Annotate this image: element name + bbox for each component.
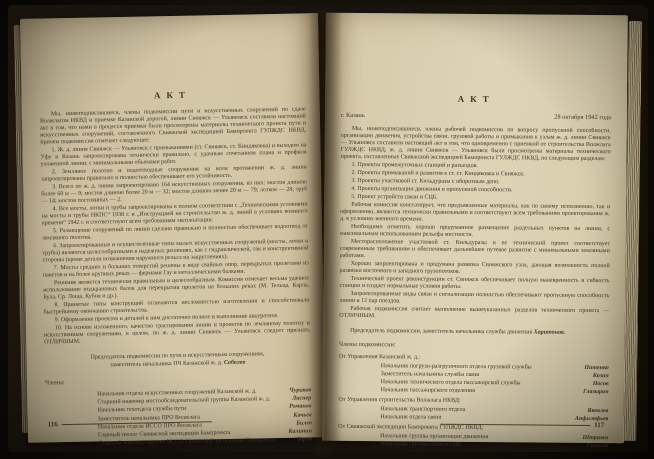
- place-date-row: г. Казань 28 октября 1942 года: [341, 112, 611, 121]
- member-name: Питенко: [584, 363, 608, 371]
- member-name: Носов: [593, 380, 609, 388]
- member-name: Глазырин: [583, 388, 609, 396]
- chairman-name: Соболев: [224, 360, 245, 366]
- member-name: Билев: [296, 419, 312, 428]
- chairman-signature-block: Председатель подкомиссии, заместитель на…: [339, 327, 609, 337]
- right-page: АКТ г. Казань 28 октября 1942 года Мы, н…: [322, 13, 628, 444]
- paragraph: Необходимо отметить хорошо продуманное р…: [340, 224, 610, 240]
- chairman-role: Председатель подкомиссии, заместитель на…: [350, 328, 532, 336]
- member-role: Начальник пассажирского отделения: [381, 386, 476, 395]
- chairman-name: Харитонов.: [534, 330, 566, 336]
- members-label: Члены подкомиссии:: [339, 341, 609, 350]
- footer-rule: [62, 421, 212, 425]
- page-number: 117: [594, 421, 604, 429]
- paragraph: Мы, нижеподписавшиеся, члены подкомиссии…: [40, 106, 307, 146]
- member-row: Начальник пассажирского отделения Глазыр…: [381, 386, 609, 396]
- paragraph: Технический проект реконструкции ст. Сви…: [339, 276, 609, 292]
- place: г. Казань: [341, 112, 365, 119]
- member-role: Начальник группы связи и СЦБ: [380, 440, 461, 449]
- paragraph: Мы, нижеподписавшиеся, члены рабочей под…: [341, 126, 611, 163]
- paragraph: Рабочая комиссия констатирует, что предъ…: [340, 202, 610, 225]
- page-number-right: 117: [436, 420, 604, 429]
- member-name: Яковлев: [587, 407, 608, 415]
- chairman-signature-block: Председатель подкомиссии по пути и искус…: [44, 349, 310, 370]
- paragraph: Месторасположение участковой ст. Кильдур…: [340, 239, 610, 262]
- paragraph: Рабочая подкомиссия считает выполнение в…: [339, 306, 609, 322]
- paragraph: Запроектированные виды связи и сигнализа…: [339, 291, 609, 307]
- member-name: Соколов: [587, 442, 609, 450]
- page-number: 116: [48, 420, 58, 428]
- chairman-role-line2: заместитель начальника ПЧ Казанской ж. д…: [110, 360, 223, 368]
- member-name: Козин: [593, 372, 609, 380]
- members-label: Члены:: [45, 374, 311, 386]
- member-name: Зарля: [297, 436, 312, 444]
- paragraph: Хорошо запроектирована и продумана развя…: [340, 261, 610, 277]
- book-scan-photo: АКТ Мы, нижеподписавшиеся, члены подкоми…: [0, 0, 654, 459]
- left-page: АКТ Мы, нижеподписавшиеся, члены подкоми…: [20, 13, 326, 443]
- member-role: Начальник отдела связи: [380, 413, 441, 422]
- paragraph: 10. На основе изложенного, качество трас…: [44, 320, 310, 346]
- member-row: Начальник группы связи и СЦБ Соколов: [380, 440, 608, 450]
- right-page-title: АКТ: [341, 93, 611, 105]
- footer-rule: [440, 424, 590, 426]
- book-cover: АКТ Мы, нижеподписавшиеся, члены подкоми…: [8, 5, 648, 452]
- left-page-title: АКТ: [39, 87, 305, 102]
- member-name: Штрамм: [582, 434, 608, 442]
- date: 28 октября 1942 года: [554, 114, 611, 121]
